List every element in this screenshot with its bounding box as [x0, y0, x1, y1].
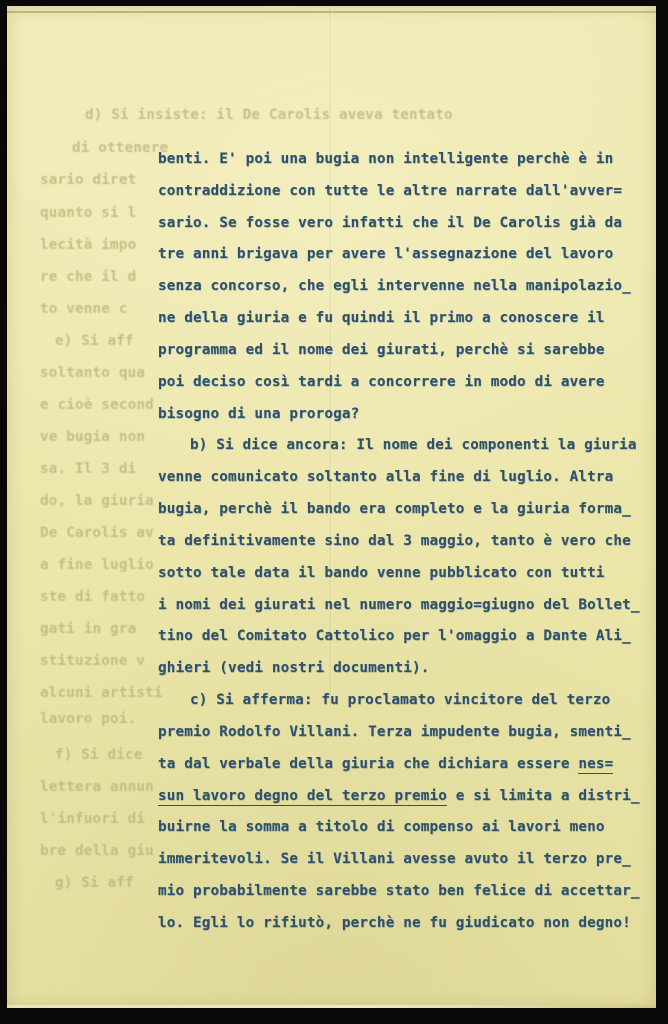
- text-segment: immeritevoli. Se il Villani avesse avuto…: [158, 851, 631, 867]
- typewritten-line: benti. E' poi una bugia non intelligente…: [158, 149, 613, 169]
- bleedthrough-line: e cioè second: [40, 395, 154, 415]
- bleedthrough-line: gati in gra: [40, 619, 136, 639]
- typewritten-line: mio probabilmente sarebbe stato ben feli…: [158, 881, 640, 901]
- text-segment: tino del Comitato Cattolico per l'omaggi…: [158, 628, 631, 644]
- text-segment: b) Si dice ancora: Il nome dei component…: [190, 437, 637, 453]
- bleedthrough-line: sario diret: [40, 170, 136, 190]
- typewritten-line: c) Si afferma: fu proclamato vincitore d…: [190, 690, 610, 710]
- bleedthrough-line: sa. Il 3 di: [40, 459, 136, 479]
- bleedthrough-line: di ottenere: [72, 138, 168, 158]
- text-segment: senza concorso, che egli intervenne nell…: [158, 278, 631, 294]
- typewritten-line: programma ed il nome dei giurati, perchè…: [158, 340, 605, 360]
- typewritten-line: bisogno di una proroga?: [158, 404, 359, 424]
- typewritten-line: sun lavoro degno del terzo premio e si l…: [158, 786, 640, 806]
- typewritten-line: venne comunicato soltanto alla fine di l…: [158, 467, 613, 487]
- text-segment: bugia, perchè il bando era completo e la…: [158, 501, 631, 517]
- text-segment: contraddizione con tutte le altre narrat…: [158, 183, 622, 199]
- text-segment: mio probabilmente sarebbe stato ben feli…: [158, 883, 640, 899]
- photo-border-top: [0, 0, 668, 6]
- typewritten-line: buirne la somma a titolo di compenso ai …: [158, 817, 605, 837]
- typewritten-line: ne della giuria e fu quindi il primo a c…: [158, 308, 605, 328]
- text-segment: programma ed il nome dei giurati, perchè…: [158, 342, 605, 358]
- bleedthrough-line: re che il d: [40, 267, 136, 287]
- typewritten-line: immeritevoli. Se il Villani avesse avuto…: [158, 849, 631, 869]
- bleedthrough-line: bre della giu: [40, 841, 154, 861]
- typewritten-line: ta definitivamente sino dal 3 maggio, ta…: [158, 531, 631, 551]
- text-segment: ghieri (vedi nostri documenti).: [158, 660, 429, 676]
- text-segment: i nomi dei giurati nel numero maggio=giu…: [158, 597, 640, 613]
- bleedthrough-line: do, la giuria: [40, 491, 154, 511]
- bleedthrough-line: lecità impo: [40, 235, 136, 255]
- bleedthrough-line: lettera annun: [40, 777, 154, 797]
- text-segment: ta dal verbale della giuria che dichiara…: [158, 756, 578, 772]
- text-layer: d) Si insiste: il De Carolis aveva tenta…: [0, 0, 668, 1024]
- typewritten-line: contraddizione con tutte le altre narrat…: [158, 181, 622, 201]
- text-segment: ne della giuria e fu quindi il primo a c…: [158, 310, 605, 326]
- bleedthrough-line: quanto si l: [40, 203, 136, 223]
- text-segment: venne comunicato soltanto alla fine di l…: [158, 469, 613, 485]
- bleedthrough-line: alcuni artisti: [40, 683, 163, 703]
- typewritten-line: bugia, perchè il bando era completo e la…: [158, 499, 631, 519]
- bleedthrough-line: l'infuori di: [40, 809, 145, 829]
- text-segment: buirne la somma a titolo di compenso ai …: [158, 819, 605, 835]
- typewritten-line: poi deciso così tardi a concorrere in mo…: [158, 372, 605, 392]
- text-segment: benti. E' poi una bugia non intelligente…: [158, 151, 613, 167]
- bleedthrough-line: g) Si aff: [55, 873, 134, 893]
- text-segment: sario. Se fosse vero infatti che il De C…: [158, 215, 622, 231]
- typewritten-line: tre anni brigava per avere l'assegnazion…: [158, 244, 613, 264]
- typewritten-line: ta dal verbale della giuria che dichiara…: [158, 754, 613, 774]
- typewritten-line: i nomi dei giurati nel numero maggio=giu…: [158, 595, 640, 615]
- text-segment: tre anni brigava per avere l'assegnazion…: [158, 246, 613, 262]
- bleedthrough-line: e) Si aff: [55, 331, 134, 351]
- typewritten-line: senza concorso, che egli intervenne nell…: [158, 276, 631, 296]
- typewritten-line: sario. Se fosse vero infatti che il De C…: [158, 213, 622, 233]
- bleedthrough-line: f) Si dice: [55, 745, 143, 765]
- typewritten-line: b) Si dice ancora: Il nome dei component…: [190, 435, 637, 455]
- bleedthrough-line: to venne c: [40, 299, 128, 319]
- typewritten-line: sotto tale data il bando venne pubblicat…: [158, 563, 605, 583]
- text-segment: e si limita a distri_: [447, 788, 640, 804]
- bleedthrough-line: ste di fatto: [40, 587, 145, 607]
- typewritten-line: ghieri (vedi nostri documenti).: [158, 658, 429, 678]
- text-segment: c) Si afferma: fu proclamato vincitore d…: [190, 692, 610, 708]
- photo-border-left: [0, 0, 7, 1024]
- bleedthrough-line: lavoro poi.: [40, 709, 136, 729]
- text-segment: poi deciso così tardi a concorrere in mo…: [158, 374, 605, 390]
- text-segment: bisogno di una proroga?: [158, 406, 359, 422]
- bleedthrough-line: ve bugia non: [40, 427, 145, 447]
- typewritten-line: tino del Comitato Cattolico per l'omaggi…: [158, 626, 631, 646]
- bleedthrough-line: a fine luglio: [40, 555, 154, 575]
- bleedthrough-line: De Carolis av: [40, 523, 154, 543]
- typewritten-line: premio Rodolfo Villani. Terza impudente …: [158, 722, 631, 742]
- text-segment: sotto tale data il bando venne pubblicat…: [158, 565, 605, 581]
- text-segment: lo. Egli lo rifiutò, perchè ne fu giudic…: [158, 915, 631, 931]
- text-segment: ta definitivamente sino dal 3 maggio, ta…: [158, 533, 631, 549]
- underlined-text: sun lavoro degno del terzo premio: [158, 788, 447, 806]
- typewritten-line: lo. Egli lo rifiutò, perchè ne fu giudic…: [158, 913, 631, 933]
- photo-border-bottom: [0, 1009, 668, 1024]
- bleedthrough-line: soltanto qua: [40, 363, 145, 383]
- text-segment: premio Rodolfo Villani. Terza impudente …: [158, 724, 631, 740]
- photographed-document: d) Si insiste: il De Carolis aveva tenta…: [0, 0, 668, 1024]
- bleedthrough-line: d) Si insiste: il De Carolis aveva tenta…: [85, 105, 453, 125]
- underlined-text: nes=: [578, 756, 613, 774]
- bleedthrough-line: stituzione v: [40, 651, 145, 671]
- photo-border-right: [657, 0, 668, 1024]
